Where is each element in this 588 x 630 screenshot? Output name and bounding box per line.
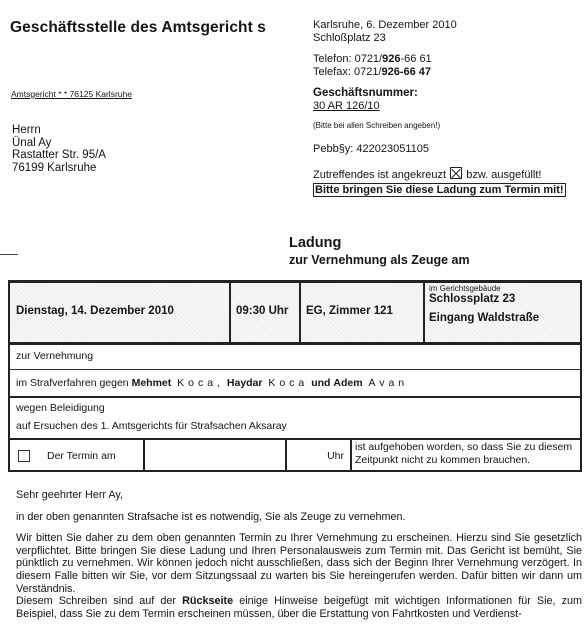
recipient-address: Herrn Ünal Ay Rastatter Str. 95/A 76199 …	[12, 124, 106, 174]
defendant-1-last: Koca,	[177, 377, 224, 389]
charge-text: wegen Beleidigung	[16, 402, 105, 414]
building-address: Schlossplatz 23	[429, 293, 515, 305]
defendant-3-last: Avan	[368, 377, 408, 389]
cancellation-time-field[interactable]: Uhr	[285, 440, 352, 470]
body-paragraph-2: Diesem Schreiben sind auf der Rückseite …	[16, 595, 582, 620]
time-unit-label: Uhr	[327, 450, 344, 462]
cancellation-check-cell: Der Termin am	[10, 440, 143, 470]
request-text: auf Ersuchen des 1. Amtsgerichts für Str…	[16, 420, 287, 432]
cancellation-checkbox[interactable]	[18, 450, 30, 462]
purpose-text: zur Vernehmung	[16, 350, 93, 362]
proceedings-text: im Strafverfahren gegen Mehmet Koca, Hay…	[16, 377, 408, 389]
phone-number: Telefon: 0721/926-66 61	[313, 53, 566, 66]
appointment-time-cell: 09:30 Uhr	[229, 283, 301, 342]
appointment-time: 09:30 Uhr	[236, 305, 288, 317]
purpose-row: zur Vernehmung	[8, 345, 582, 370]
pebbsy-number: Pebb§y: 422023051105	[313, 143, 566, 156]
defendant-3-first: Adem	[333, 377, 362, 389]
proceedings-row: im Strafverfahren gegen Mehmet Koca, Hay…	[8, 370, 582, 398]
appointment-date-cell: Dienstag, 14. Dezember 2010	[10, 283, 229, 342]
cancellation-date-field[interactable]	[143, 440, 287, 470]
office-title: Geschäftsstelle des Amtsgericht s	[10, 19, 266, 37]
cancellation-text-cell: ist aufgehoben worden, so dass Sie zu di…	[350, 440, 580, 470]
document-subtitle: zur Vernehmung als Zeuge am	[289, 253, 470, 267]
building-entrance: Eingang Waldstraße	[429, 312, 539, 324]
greeting: Sehr geehrter Herr Ay,	[16, 489, 582, 502]
defendant-2-first: Haydar	[227, 377, 263, 389]
body-paragraph-1: Wir bitten Sie daher zu dem oben genannt…	[16, 532, 582, 595]
place-date: Karlsruhe, 6. Dezember 2010	[313, 19, 566, 32]
sender-info: Karlsruhe, 6. Dezember 2010 Schloßplatz …	[313, 19, 566, 197]
intro-paragraph: in der oben genannten Strafsache ist es …	[16, 511, 582, 524]
crossed-box-icon	[450, 167, 462, 179]
appointment-date: Dienstag, 14. Dezember 2010	[16, 305, 174, 317]
bring-summons-notice: Bitte bringen Sie diese Ladung zum Termi…	[313, 183, 566, 198]
defendant-1-first: Mehmet	[132, 377, 172, 389]
summons-form: Dienstag, 14. Dezember 2010 09:30 Uhr EG…	[8, 280, 582, 472]
recipient-name: Ünal Ay	[12, 137, 106, 150]
marked-notice: Zutreffendes ist angekreuzt bzw. ausgefü…	[313, 167, 566, 182]
document-title: Ladung	[289, 235, 341, 251]
recipient-city: 76199 Karlsruhe	[12, 162, 106, 175]
appointment-row: Dienstag, 14. Dezember 2010 09:30 Uhr EG…	[8, 280, 582, 345]
case-number-label: Geschäftsnummer:	[313, 87, 566, 100]
defendant-2-last: Koca	[268, 377, 308, 389]
court-address: Schloßplatz 23	[313, 32, 566, 45]
recipient-street: Rastatter Str. 95/A	[12, 149, 106, 162]
appointment-location-cell: im Gerichtsgebäude Schlossplatz 23 Einga…	[423, 283, 580, 342]
building-label: im Gerichtsgebäude	[429, 284, 501, 293]
cancellation-row: Der Termin am Uhr ist aufgehoben worden,…	[8, 438, 582, 472]
recipient-salutation: Herrn	[12, 124, 106, 137]
case-number: 30 AR 126/10	[313, 100, 566, 113]
fax-number: Telefax: 0721/926-66 47	[313, 66, 566, 79]
cancellation-label: Der Termin am	[47, 450, 116, 462]
charge-row: wegen Beleidigung auf Ersuchen des 1. Am…	[8, 398, 582, 438]
appointment-room-cell: EG, Zimmer 121	[299, 283, 425, 342]
case-number-hint: (Bitte bei allen Schreiben angeben!)	[313, 120, 566, 133]
appointment-room: EG, Zimmer 121	[306, 305, 393, 317]
letter-body: Sehr geehrter Herr Ay, in der oben genan…	[16, 489, 582, 620]
fold-mark	[0, 254, 18, 255]
cancellation-text: ist aufgehoben worden, so dass Sie zu di…	[355, 441, 572, 466]
return-address: Amtsgericht * * 76125 Karlsruhe	[11, 89, 132, 99]
